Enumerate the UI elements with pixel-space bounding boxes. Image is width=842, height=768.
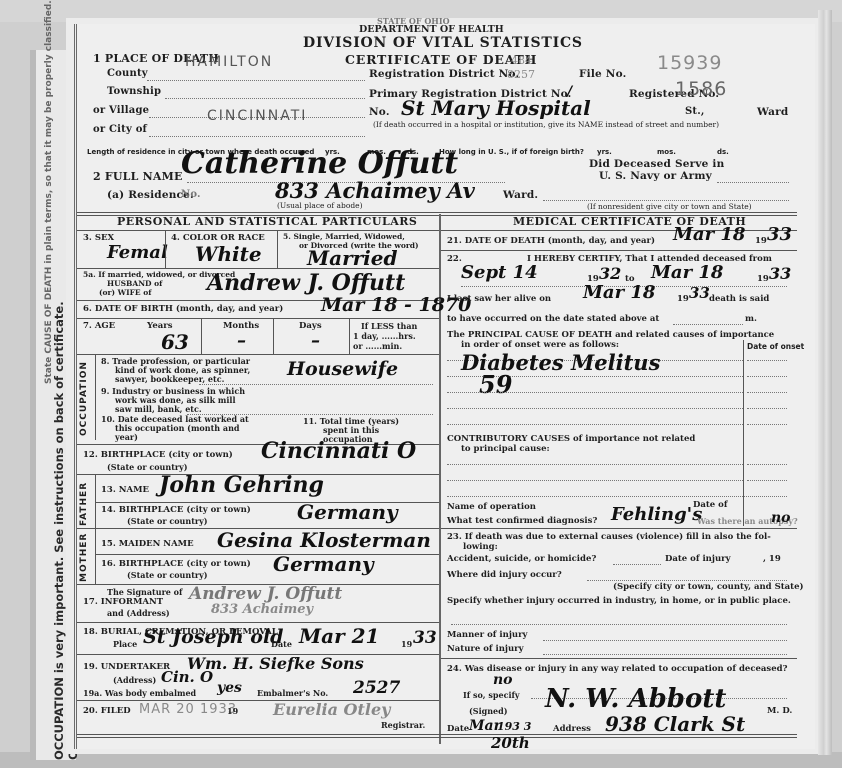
- occupation-side-label: OCCUPATION: [79, 361, 89, 436]
- in-us-mos-label: mos.: [657, 148, 676, 156]
- in-us-ds-label: ds.: [717, 148, 729, 156]
- death-said-label: death is said: [709, 294, 769, 304]
- father-side-label: FATHER: [79, 482, 89, 526]
- injury-year-prefix: , 19: [763, 554, 781, 564]
- mother-side-label: MOTHER: [79, 533, 89, 582]
- cause-code-value: 59: [479, 370, 512, 399]
- certify-num: 22.: [447, 254, 462, 264]
- institution-ward-label: Ward: [757, 106, 788, 118]
- death-certificate: STATE OF OHIO DEPARTMENT OF HEALTH DIVIS…: [74, 24, 815, 749]
- physician-address-value: 938 Clark St: [605, 712, 745, 736]
- cert-date-day: 20th: [491, 734, 530, 752]
- dod-value: Mar 18: [673, 224, 745, 245]
- last-worked-label-3: year): [115, 432, 138, 442]
- embalmed-label: 19a. Was body embalmed: [83, 688, 196, 698]
- external-label-2: lowing:: [463, 542, 498, 552]
- spouse-value: Andrew J. Offutt: [207, 270, 405, 296]
- informant-label-1: The Signature of: [107, 587, 182, 597]
- embalmed-value: yes: [217, 680, 242, 696]
- residence-no-label: No.: [181, 189, 201, 200]
- nature-label: Nature of injury: [447, 644, 524, 654]
- onset-label: Date of onset: [747, 342, 804, 351]
- dod-label: 21. DATE OF DEATH (month, day, and year): [447, 236, 655, 246]
- last-saw-year-prefix: 19: [677, 294, 689, 304]
- md-label: M. D.: [767, 706, 792, 716]
- mother-birthplace-value: Germany: [273, 552, 374, 576]
- attended-to-year-prefix: 19: [757, 274, 769, 284]
- hospital-note: (If death occurred in a hospital or inst…: [373, 120, 719, 129]
- specify-label: Specify whether injury occurred in indus…: [447, 596, 791, 606]
- card-stack-edge: [818, 10, 832, 755]
- test-label: What test confirmed diagnosis?: [447, 516, 597, 526]
- occurred-label: to have occurred on the date stated abov…: [447, 314, 659, 324]
- informant-name: Andrew J. Offutt: [189, 584, 342, 604]
- reg-district-value: 8257: [507, 68, 535, 81]
- mother-birthplace-sublabel: (State or country): [127, 570, 208, 580]
- undertaker-label: 19. UNDERTAKER: [83, 662, 170, 672]
- operation-label: Name of operation: [447, 502, 536, 512]
- attended-to-year-value: 33: [769, 264, 791, 283]
- institution-st-label: St.,: [685, 106, 705, 117]
- trade-label-3: sawyer, bookkeeper, etc.: [115, 374, 224, 384]
- spouse-label-2: HUSBAND of: [107, 279, 162, 288]
- age-label: 7. AGE: [83, 321, 115, 331]
- last-saw-label: I last saw her alive on: [447, 294, 551, 304]
- father-birthplace-value: Germany: [297, 500, 398, 524]
- embalmer-no-value: 2527: [353, 678, 400, 698]
- autopsy-value: no: [771, 510, 791, 526]
- undertaker-address-label: (Address): [113, 675, 156, 685]
- navy-label-2: U. S. Navy or Army: [599, 170, 712, 182]
- less-label-2: 1 day, ......hrs.: [353, 331, 416, 341]
- header-title: CERTIFICATE OF DEATH: [345, 52, 537, 67]
- county-value: HAMILTON: [185, 54, 273, 70]
- manner-label: Manner of injury: [447, 630, 528, 640]
- where-note: (Specify city or town, county, and State…: [613, 582, 804, 592]
- county-label: County: [107, 68, 148, 79]
- filed-label: 20. FILED: [83, 706, 131, 716]
- less-label-3: or ......min.: [353, 341, 402, 351]
- in-us-yrs-label: yrs.: [597, 148, 612, 156]
- occupational-value: no: [493, 672, 513, 688]
- father-name-value: John Gehring: [159, 472, 324, 498]
- father-birthplace-label: 14. BIRTHPLACE (city or town): [101, 505, 251, 515]
- burial-year-value: 33: [413, 628, 437, 648]
- external-label-1: 23. If death was due to external causes …: [447, 532, 771, 542]
- spouse-label-3: (or) WIFE of: [99, 288, 151, 297]
- header-division: DIVISION OF VITAL STATISTICS: [303, 35, 583, 51]
- township-label: Township: [107, 86, 161, 97]
- test-value: Fehling's: [611, 504, 702, 525]
- trade-value: Housewife: [287, 358, 398, 380]
- registrar-label: Registrar.: [381, 720, 425, 730]
- embalmer-no-label: Embalmer's No.: [257, 688, 328, 698]
- city-value: CINCINNATI: [207, 108, 307, 124]
- city-label: or City of: [93, 124, 147, 135]
- informant-address: 833 Achaimey: [211, 602, 313, 617]
- mother-birthplace-label: 16. BIRTHPLACE (city or town): [101, 559, 251, 569]
- in-us-label: How long in U. S., if of foreign birth?: [439, 148, 584, 156]
- birthplace-value: Cincinnati O: [261, 438, 416, 464]
- file-no-value: 15939: [657, 52, 722, 74]
- sex-value: Femal: [107, 242, 168, 263]
- cert-date-year: 193 3: [497, 720, 531, 733]
- dod-year-prefix: 19: [755, 236, 767, 246]
- abode-note: (Usual place of abode): [277, 201, 363, 210]
- age-days-value: –: [311, 330, 320, 351]
- injury-date-label: Date of injury: [665, 554, 731, 564]
- side-note-occupation-1: OCCUPATION is very important. See instru…: [52, 301, 66, 760]
- burial-date-label: Date: [271, 639, 292, 649]
- personal-section-title: PERSONAL AND STATISTICAL PARTICULARS: [117, 215, 417, 228]
- filed-date-stamp: MAR 20 1933: [139, 702, 237, 717]
- age-months-value: –: [237, 330, 246, 351]
- undertaker-value: Wm. H. Siefke Sons: [187, 654, 364, 673]
- where-label: Where did injury occur?: [447, 570, 562, 580]
- marital-label-1: 5. Single, Married, Widowed,: [283, 232, 405, 241]
- institution-no-label: No.: [369, 106, 390, 118]
- accident-label: Accident, suicide, or homicide?: [447, 554, 596, 564]
- burial-place-label: Place: [113, 639, 137, 649]
- institution-value: St Mary Hospital: [401, 96, 591, 120]
- signed-label: (Signed): [469, 706, 507, 716]
- burial-place-value: St Joseph old: [143, 626, 283, 648]
- father-birthplace-sublabel: (State or country): [127, 516, 208, 526]
- birthplace-sublabel: (State or country): [107, 462, 188, 472]
- certify-label: I HEREBY CERTIFY, That I attended deceas…: [527, 254, 772, 264]
- full-name-label: 2 FULL NAME: [93, 170, 183, 183]
- file-no-label: File No.: [579, 68, 626, 80]
- mother-maiden-value: Gesina Klosterman: [217, 528, 431, 552]
- last-saw-year-value: 33: [689, 284, 710, 302]
- dod-year-value: 33: [767, 224, 792, 245]
- full-name-value: Catherine Offutt: [181, 146, 458, 181]
- registered-no-value: 1586: [675, 78, 727, 100]
- undertaker-address-value: Cin. O: [161, 668, 213, 686]
- navy-label-1: Did Deceased Serve in: [589, 158, 724, 170]
- father-name-label: 13. NAME: [101, 485, 149, 495]
- nonresident-note: (If nonresident give city or town and St…: [587, 202, 752, 211]
- reg-district-label: Registration District No.: [369, 68, 519, 80]
- filed-year-prefix: 19: [227, 706, 238, 716]
- principal-cause-label-2: in order of onset were as follows:: [461, 340, 619, 350]
- color-value: White: [195, 242, 262, 266]
- last-saw-value: Mar 18: [583, 282, 655, 303]
- attended-from-year-value: 32: [599, 264, 621, 283]
- contributory-label-2: to principal cause:: [461, 444, 550, 454]
- birthplace-label: 12. BIRTHPLACE (city or town): [83, 450, 233, 460]
- physician-address-label: Address: [553, 724, 591, 734]
- less-label-1: If LESS than: [361, 321, 417, 331]
- attended-to-value: Mar 18: [651, 262, 723, 283]
- principal-cause-label-1: The PRINCIPAL CAUSE OF DEATH and related…: [447, 330, 774, 340]
- mother-maiden-label: 15. MAIDEN NAME: [101, 539, 194, 549]
- header-department: DEPARTMENT OF HEALTH: [359, 24, 504, 35]
- informant-label-3: and (Address): [107, 608, 170, 618]
- marital-value: Married: [307, 246, 397, 270]
- attended-from-value: Sept 14: [461, 262, 538, 283]
- village-label: or Village: [93, 105, 149, 116]
- dob-label: 6. DATE OF BIRTH (month, day, and year): [83, 304, 283, 314]
- registrar-signature: Eurelia Otley: [273, 700, 390, 719]
- residence-ward-label: Ward.: [503, 189, 538, 201]
- if-so-specify-label: If so, specify: [463, 690, 520, 700]
- reg-district-stamp: 484: [511, 54, 532, 67]
- informant-label-2: 17. INFORMANT: [83, 597, 163, 607]
- physician-signature: N. W. Abbott: [545, 684, 726, 714]
- burial-year-prefix: 19: [401, 639, 412, 649]
- scan-background-bottom: [0, 752, 842, 768]
- contributory-label-1: CONTRIBUTORY CAUSES of importance not re…: [447, 434, 695, 444]
- cert-date-label: Date: [447, 724, 469, 734]
- age-years-value: 63: [161, 330, 189, 354]
- burial-date-value: Mar 21: [299, 624, 379, 648]
- industry-label-3: saw mill, bank, etc.: [115, 404, 202, 414]
- residence-value: 833 Achaimey Av: [275, 178, 475, 203]
- occurred-m-label: m.: [745, 314, 757, 324]
